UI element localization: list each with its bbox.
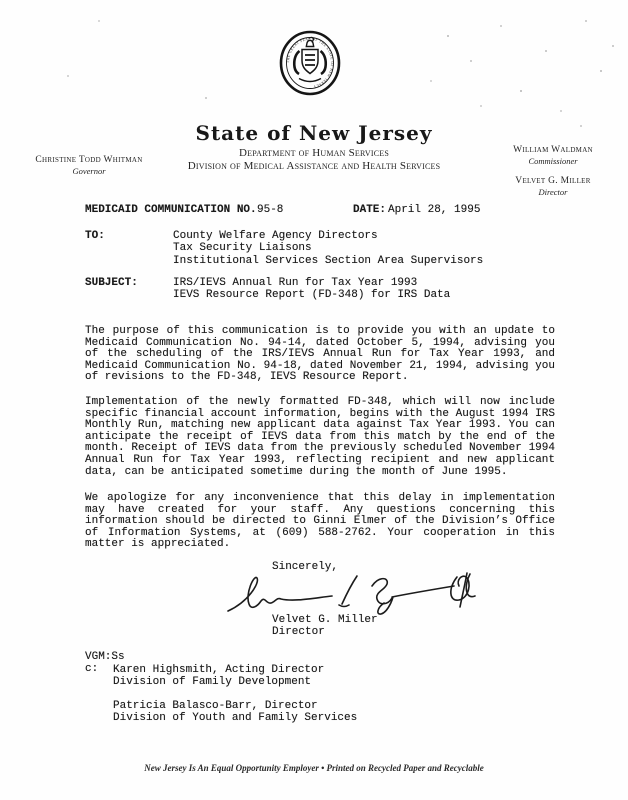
cc-org: Division of Family Development xyxy=(113,676,357,688)
communication-label: MEDICAID COMMUNICATION NO. xyxy=(85,205,257,217)
governor-block: Christine Todd Whitman Governor xyxy=(14,155,164,176)
signer-name: Velvet G. Miller xyxy=(272,615,378,627)
cc-label: c: xyxy=(85,664,98,676)
body-paragraph-3: We apologize for any inconvenience that … xyxy=(85,493,555,551)
cc-list: Karen Highsmith, Acting Director Divisio… xyxy=(113,664,357,724)
recipient-line: County Welfare Agency Directors xyxy=(173,230,483,242)
recipient-line: Institutional Services Section Area Supe… xyxy=(173,255,483,267)
signer-title: Director xyxy=(272,627,325,639)
reference-initials: VGM:Ss xyxy=(85,652,125,664)
scan-speckles xyxy=(430,20,432,22)
footer-tagline: New Jersey Is An Equal Opportunity Emplo… xyxy=(0,763,628,773)
body-paragraph-1: The purpose of this communication is to … xyxy=(85,326,555,384)
date-label: DATE: xyxy=(353,205,386,217)
new-jersey-state-seal-icon: THE GREAT SEAL OF THE STATE OF NEW JERSE… xyxy=(278,30,342,96)
subject-label: SUBJECT: xyxy=(85,277,138,289)
cc-org: Division of Youth and Family Services xyxy=(113,712,357,724)
signature-scrawl xyxy=(226,571,478,617)
governor-name: Christine Todd Whitman xyxy=(14,155,164,165)
date-value: April 28, 1995 xyxy=(388,205,480,217)
governor-title: Governor xyxy=(14,166,164,176)
state-name: State of New Jersey xyxy=(0,121,628,145)
to-recipients: County Welfare Agency Directors Tax Secu… xyxy=(173,230,483,267)
subject-line: IEVS Resource Report (FD-348) for IRS Da… xyxy=(173,289,450,301)
body-paragraph-2: Implementation of the newly formatted FD… xyxy=(85,397,555,478)
recipient-line: Tax Security Liaisons xyxy=(173,242,483,254)
communication-number: 95-8 xyxy=(257,205,283,217)
commissioner-name: William Waldman xyxy=(478,145,628,155)
subject-lines: IRS/IEVS Annual Run for Tax Year 1993 IE… xyxy=(173,277,450,302)
subject-line: IRS/IEVS Annual Run for Tax Year 1993 xyxy=(173,277,450,289)
director-title: Director xyxy=(478,187,628,197)
officials-block: William Waldman Commissioner Velvet G. M… xyxy=(478,145,628,197)
commissioner-title: Commissioner xyxy=(478,156,628,166)
cc-name: Karen Highsmith, Acting Director xyxy=(113,664,357,676)
to-label: TO: xyxy=(85,230,105,242)
cc-name: Patricia Balasco-Barr, Director xyxy=(113,700,357,712)
document-page: THE GREAT SEAL OF THE STATE OF NEW JERSE… xyxy=(0,0,628,800)
director-name: Velvet G. Miller xyxy=(478,176,628,186)
